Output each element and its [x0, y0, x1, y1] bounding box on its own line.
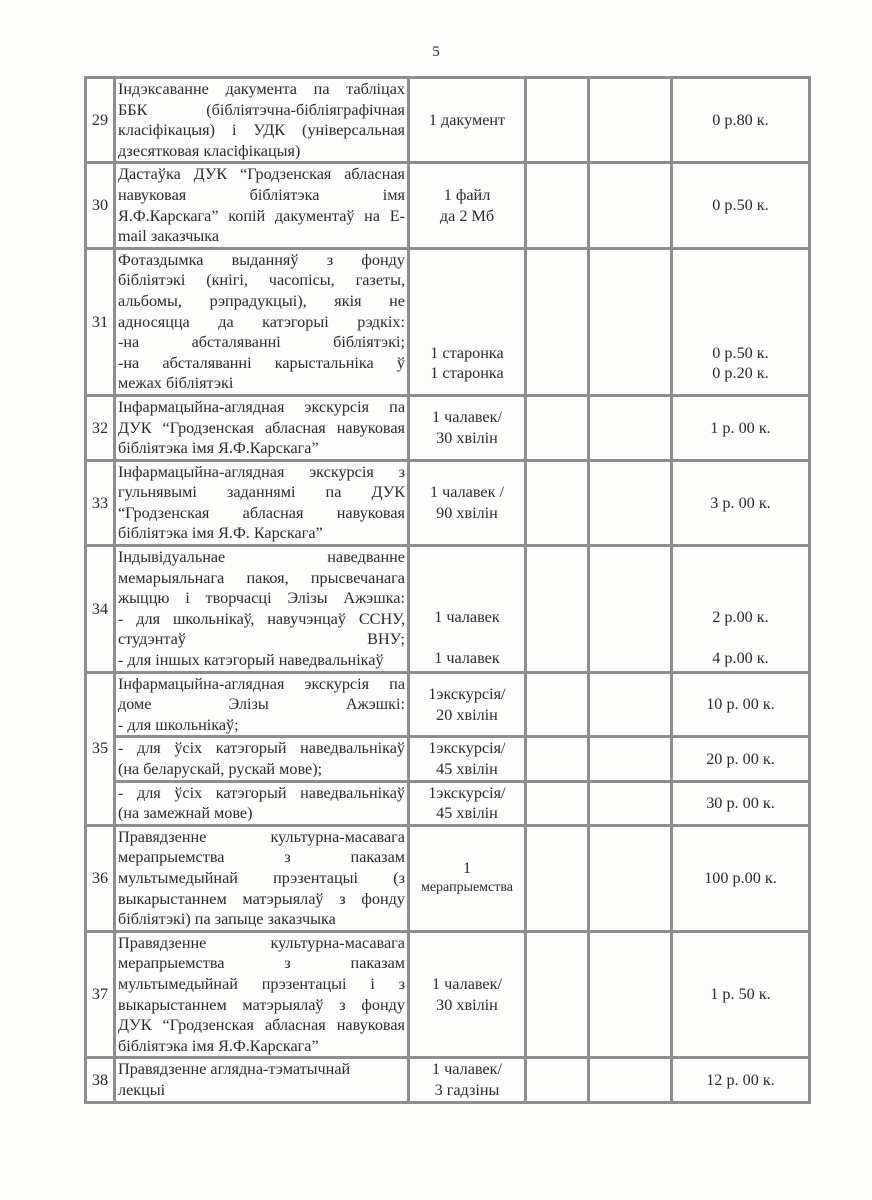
- service-description: - для ўсіх катэгорый наведвальнікаў(на з…: [115, 781, 409, 825]
- unit-of-measure: 1 дакумент: [409, 78, 526, 163]
- price-line: 10 р. 00 к.: [675, 694, 806, 715]
- service-description-line: мультымедыйнай прэзентацыі і з: [118, 974, 405, 995]
- row-number: 35: [86, 672, 115, 825]
- service-description: - для ўсіх катэгорый наведвальнікаў(на б…: [115, 737, 409, 781]
- service-description-line: лекцыі: [118, 1080, 405, 1101]
- unit-of-measure-line: 30 хвілін: [412, 428, 522, 449]
- price-line: 0 р.80 к.: [675, 110, 806, 131]
- unit-of-measure-line: да 2 Мб: [412, 206, 522, 227]
- table-row: 37Правядзенне культурна-масавагамерапрые…: [86, 931, 810, 1058]
- service-description-line: ДУК “Гродзенская абласная навуковая: [118, 418, 405, 439]
- price: 0 р.80 к.: [672, 78, 810, 163]
- table-row: 30Дастаўка ДУК “Гродзенская абласнаянаву…: [86, 163, 810, 248]
- service-description: Інфармацыйна-аглядная экскурсія паДУК “Г…: [115, 395, 409, 460]
- row-number-line: 29: [89, 110, 111, 131]
- row-number: 36: [86, 825, 115, 931]
- service-description-line: класіфікацыя) і УДК (універсальная: [118, 120, 405, 141]
- unit-of-measure: 1 файлда 2 Мб: [409, 163, 526, 248]
- empty-cell: [526, 931, 589, 1058]
- price-line: 0 р.50 к.: [675, 195, 806, 216]
- unit-of-measure-line: 1экскурсія/: [412, 738, 522, 759]
- row-number: 37: [86, 931, 115, 1058]
- empty-cell: [589, 248, 672, 395]
- empty-cell: [589, 781, 672, 825]
- unit-of-measure: 1 чалавек1 чалавек: [409, 546, 526, 673]
- price-line: 2 р.00 к.: [675, 607, 806, 628]
- empty-cell: [526, 163, 589, 248]
- empty-cell: [526, 546, 589, 673]
- service-description-line: Інфармацыйна-аглядная экскурсія па: [118, 674, 405, 695]
- price-line: 0 р.20 к.: [675, 363, 806, 384]
- row-number-line: 36: [89, 868, 111, 889]
- service-description-line: - для школьнікаў;: [118, 715, 405, 736]
- service-description-line: ДУК “Гродзенская абласная навуковая: [118, 1015, 405, 1036]
- unit-of-measure-line: 1 чалавек /: [412, 482, 522, 503]
- unit-of-measure-line: 1 чалавек: [412, 607, 522, 628]
- service-description-line: навуковая бібліятэка імя: [118, 185, 405, 206]
- price: 20 р. 00 к.: [672, 737, 810, 781]
- price-line: 1 р. 50 к.: [675, 984, 806, 1005]
- empty-cell: [589, 931, 672, 1058]
- table-row: 36Правядзенне культурна-масавагамерапрые…: [86, 825, 810, 931]
- service-description: Індэксаванне дакумента па табліцахББК (б…: [115, 78, 409, 163]
- empty-cell: [589, 395, 672, 460]
- service-description-line: бібліятэка імя Я.Ф.Карскага”: [118, 1036, 405, 1057]
- service-description-line: бібліятэкі) па запыце заказчыка: [118, 909, 405, 930]
- service-description-line: Фотаздымка выданняў з фонду: [118, 250, 405, 271]
- service-description-line: -на абсталяванні бібліятэкі;: [118, 332, 405, 353]
- row-number: 33: [86, 460, 115, 545]
- row-number-line: 31: [89, 312, 111, 333]
- empty-cell: [589, 1058, 672, 1102]
- service-description-line: выкарыстаннем матэрыялаў з фонду: [118, 995, 405, 1016]
- service-description-line: бібліятэкі (кнігі, часопісы, газеты,: [118, 270, 405, 291]
- unit-of-measure-line: 1 дакумент: [412, 110, 522, 131]
- unit-of-measure-line: 20 хвілін: [412, 705, 522, 726]
- price: 3 р. 00 к.: [672, 460, 810, 545]
- unit-of-measure-line: мерапрыемства: [412, 878, 522, 899]
- service-description-line: межах бібліятэкі: [118, 373, 405, 394]
- service-description-line: мерапрыемства з паказам: [118, 953, 405, 974]
- service-description-line: - для ўсіх катэгорый наведвальнікаў: [118, 738, 405, 759]
- service-description-line: Індэксаванне дакумента па табліцах: [118, 79, 405, 100]
- service-description-line: доме Элізы Ажэшкі:: [118, 694, 405, 715]
- unit-of-measure-line: 30 хвілін: [412, 995, 522, 1016]
- service-description-line: адносяцца да катэгорыі рэдкіх:: [118, 312, 405, 333]
- price-list-table: 29Індэксаванне дакумента па табліцахББК …: [84, 76, 811, 1104]
- service-description-line: Я.Ф.Карскага” копій дакументаў на E-: [118, 206, 405, 227]
- row-number: 29: [86, 78, 115, 163]
- service-description-line: дзесятковая класіфікацыя): [118, 141, 405, 162]
- table-row: 32Інфармацыйна-аглядная экскурсія паДУК …: [86, 395, 810, 460]
- row-number: 30: [86, 163, 115, 248]
- row-number-line: 34: [89, 599, 111, 620]
- price-line: 100 р.00 к.: [675, 868, 806, 889]
- row-number-line: 33: [89, 493, 111, 514]
- service-description-line: Правядзенне аглядна-тэматычнай: [118, 1059, 405, 1080]
- service-description-line: ББК (бібліятэчна-бібліяграфічная: [118, 100, 405, 121]
- unit-of-measure-line: 1 старонка: [412, 343, 522, 364]
- empty-cell: [589, 460, 672, 545]
- unit-of-measure: 1экскурсія/45 хвілін: [409, 781, 526, 825]
- service-description-line: мультымедыйнай прэзентацыі (з: [118, 868, 405, 889]
- empty-cell: [526, 1058, 589, 1102]
- empty-cell: [589, 163, 672, 248]
- price: 100 р.00 к.: [672, 825, 810, 931]
- service-description-line: mail заказчыка: [118, 226, 405, 247]
- row-number-line: 32: [89, 418, 111, 439]
- service-description: Фотаздымка выданняў з фондубібліятэкі (к…: [115, 248, 409, 395]
- service-description: Правядзенне аглядна-тэматычнай лекцыі: [115, 1058, 409, 1102]
- service-description-line: жыццю і творчасці Элізы Ажэшка:: [118, 588, 405, 609]
- unit-of-measure: 1мерапрыемства: [409, 825, 526, 931]
- unit-of-measure: 1экскурсія/45 хвілін: [409, 737, 526, 781]
- unit-of-measure: 1 чалавек/3 гадзіны: [409, 1058, 526, 1102]
- price-line: 1 р. 00 к.: [675, 418, 806, 439]
- empty-cell: [526, 672, 589, 737]
- service-description: Правядзенне культурна-масавагамерапрыемс…: [115, 931, 409, 1058]
- empty-cell: [526, 781, 589, 825]
- service-description-line: (на замежнай мове): [118, 803, 405, 824]
- unit-of-measure-line: 1 чалавек/: [412, 407, 522, 428]
- service-description-line: -на абсталяванні карыстальніка ў: [118, 353, 405, 374]
- unit-of-measure-line: 1 старонка: [412, 363, 522, 384]
- empty-cell: [526, 460, 589, 545]
- service-description-line: бібліятэка імя Я.Ф. Карскага”: [118, 523, 405, 544]
- service-description-line: бібліятэка імя Я.Ф.Карскага”: [118, 438, 405, 459]
- unit-of-measure: 1 чалавек /90 хвілін: [409, 460, 526, 545]
- service-description-line: альбомы, рэпрадукцыі), якія не: [118, 291, 405, 312]
- table-row: 33Інфармацыйна-аглядная экскурсія згульн…: [86, 460, 810, 545]
- service-description-line: выкарыстаннем матэрыялаў з фонду: [118, 889, 405, 910]
- price: 0 р.50 к.0 р.20 к.: [672, 248, 810, 395]
- row-number: 31: [86, 248, 115, 395]
- unit-of-measure-line: 90 хвілін: [412, 503, 522, 524]
- row-number-line: 37: [89, 984, 111, 1005]
- empty-cell: [589, 546, 672, 673]
- unit-of-measure-line: 1 чалавек/: [412, 974, 522, 995]
- service-description-line: (на беларускай, рускай мове);: [118, 759, 405, 780]
- row-number: 38: [86, 1058, 115, 1102]
- price-line: 0 р.50 к.: [675, 343, 806, 364]
- price-line: 30 р. 00 к.: [675, 793, 806, 814]
- price: 2 р.00 к.4 р.00 к.: [672, 546, 810, 673]
- price: 1 р. 00 к.: [672, 395, 810, 460]
- price: 12 р. 00 к.: [672, 1058, 810, 1102]
- service-description: Інфармацыйна-аглядная экскурсія згульняв…: [115, 460, 409, 545]
- service-description: Дастаўка ДУК “Гродзенская абласнаянавуко…: [115, 163, 409, 248]
- unit-of-measure-line: 1экскурсія/: [412, 783, 522, 804]
- service-description-line: Індывідуальнае наведванне: [118, 547, 405, 568]
- service-description-line: Правядзенне культурна-масавага: [118, 827, 405, 848]
- table-row: 29Індэксаванне дакумента па табліцахББК …: [86, 78, 810, 163]
- table-row: 34Індывідуальнае наведваннемемарыяльнага…: [86, 546, 810, 673]
- price: 0 р.50 к.: [672, 163, 810, 248]
- table-row: 38 Правядзенне аглядна-тэматычнай лекцыі…: [86, 1058, 810, 1102]
- row-number-line: 35: [89, 738, 111, 759]
- price: 10 р. 00 к.: [672, 672, 810, 737]
- price-line: 20 р. 00 к.: [675, 749, 806, 770]
- service-description: Інфармацыйна-аглядная экскурсія падоме Э…: [115, 672, 409, 737]
- empty-cell: [526, 78, 589, 163]
- service-description-line: Інфармацыйна-аглядная экскурсія з: [118, 462, 405, 483]
- unit-of-measure-line: 1: [412, 858, 522, 879]
- empty-cell: [589, 78, 672, 163]
- service-description-line: Дастаўка ДУК “Гродзенская абласная: [118, 164, 405, 185]
- unit-of-measure: 1 старонка1 старонка: [409, 248, 526, 395]
- price-line: 4 р.00 к.: [675, 648, 806, 669]
- empty-cell: [589, 737, 672, 781]
- table-row: 35Інфармацыйна-аглядная экскурсія падоме…: [86, 672, 810, 737]
- unit-of-measure-line: 3 гадзіны: [412, 1080, 522, 1101]
- service-description-line: - для ўсіх катэгорый наведвальнікаў: [118, 783, 405, 804]
- unit-of-measure: 1 чалавек/30 хвілін: [409, 931, 526, 1058]
- empty-cell: [589, 672, 672, 737]
- unit-of-measure-line: 1 чалавек/: [412, 1059, 522, 1080]
- empty-cell: [589, 825, 672, 931]
- empty-cell: [526, 395, 589, 460]
- price-line: 12 р. 00 к.: [675, 1070, 806, 1091]
- service-description-line: - для іншых катэгорый наведвальнікаў: [118, 650, 405, 671]
- table-row: - для ўсіх катэгорый наведвальнікаў(на з…: [86, 781, 810, 825]
- row-number-line: 30: [89, 195, 111, 216]
- table-row: 31Фотаздымка выданняў з фондубібліятэкі …: [86, 248, 810, 395]
- price: 30 р. 00 к.: [672, 781, 810, 825]
- row-number: 32: [86, 395, 115, 460]
- row-number: 34: [86, 546, 115, 673]
- unit-of-measure-line: 1 чалавек: [412, 648, 522, 669]
- empty-cell: [526, 825, 589, 931]
- unit-of-measure: 1 чалавек/30 хвілін: [409, 395, 526, 460]
- service-description-line: Правядзенне культурна-масавага: [118, 933, 405, 954]
- service-description-line: мемарыяльнага пакоя, прысвечанага: [118, 568, 405, 589]
- unit-of-measure-line: 45 хвілін: [412, 803, 522, 824]
- service-description-line: Інфармацыйна-аглядная экскурсія па: [118, 397, 405, 418]
- unit-of-measure-line: 45 хвілін: [412, 759, 522, 780]
- table-row: - для ўсіх катэгорый наведвальнікаў(на б…: [86, 737, 810, 781]
- service-description-line: студэнтаў ВНУ;: [118, 629, 405, 650]
- empty-cell: [526, 737, 589, 781]
- price-line: 3 р. 00 к.: [675, 493, 806, 514]
- service-description-line: - для школьнікаў, навучэнцаў ССНУ,: [118, 609, 405, 630]
- page-number: 5: [0, 44, 872, 61]
- service-description-line: мерапрыемства з паказам: [118, 847, 405, 868]
- unit-of-measure: 1экскурсія/20 хвілін: [409, 672, 526, 737]
- service-description-line: гульнявымі заданнямі па ДУК: [118, 482, 405, 503]
- empty-cell: [526, 248, 589, 395]
- row-number-line: 38: [89, 1070, 111, 1091]
- service-description: Індывідуальнае наведваннемемарыяльнага п…: [115, 546, 409, 673]
- service-description-line: “Гродзенская абласная навуковая: [118, 503, 405, 524]
- unit-of-measure-line: 1 файл: [412, 185, 522, 206]
- price: 1 р. 50 к.: [672, 931, 810, 1058]
- unit-of-measure-line: 1экскурсія/: [412, 684, 522, 705]
- service-description: Правядзенне культурна-масавагамерапрыемс…: [115, 825, 409, 931]
